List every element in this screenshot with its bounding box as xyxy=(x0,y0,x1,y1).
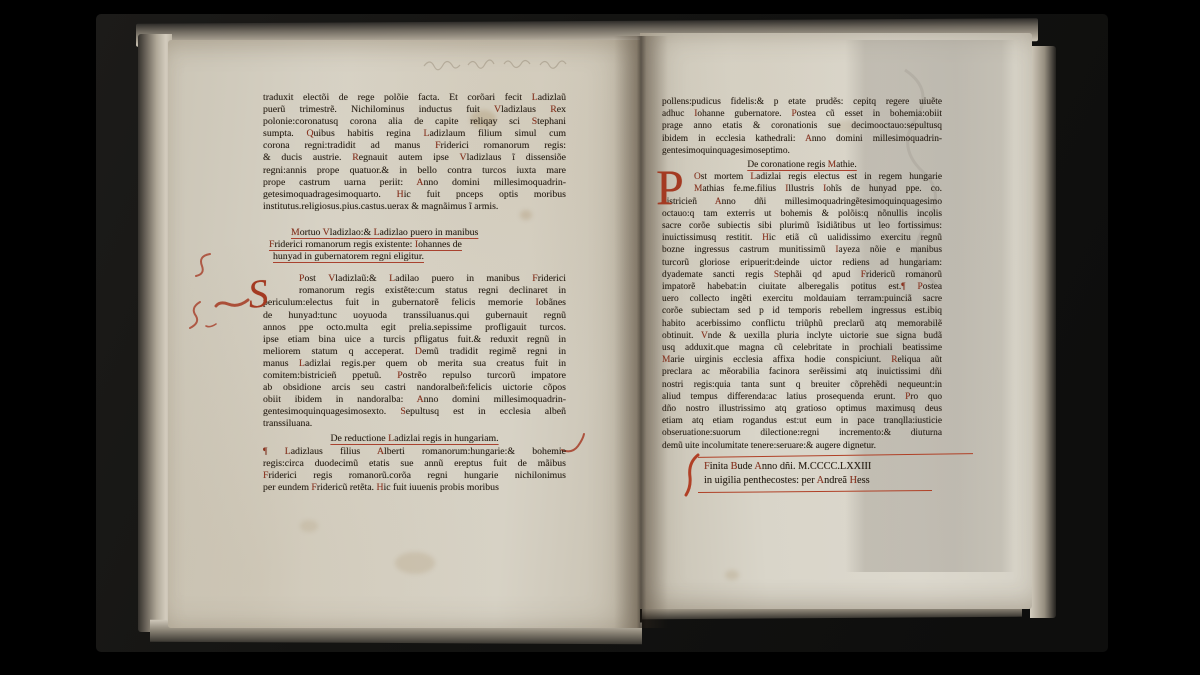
text-line: annos ppe octo.multa egit prelia.sepissi… xyxy=(263,322,566,334)
faint-inscription-handwriting xyxy=(420,50,580,78)
rubricated-letter: R xyxy=(352,152,359,163)
text-line: de hunyad:tunc uoyuoda transsiluanus.qui… xyxy=(263,310,566,322)
colophon: Finita Bude Anno dñi. M.CCCC.LXXIIIin ui… xyxy=(696,457,968,490)
rubricated-letter: A xyxy=(416,177,423,188)
text-line: Marie uirginis ecclesia affixa hodie con… xyxy=(662,354,942,366)
rubricated-letter: V xyxy=(701,331,708,341)
text-line: preclara ac mẽorabilia facinora serẽissi… xyxy=(662,366,942,378)
text-line: Finita Bude Anno dñi. M.CCCC.LXXIII xyxy=(704,460,968,474)
rubricated-letter: H xyxy=(376,482,383,493)
initial-s-flourish xyxy=(214,258,294,324)
text-line: puerũ trimestrẽ. Nichilominus inductus f… xyxy=(263,104,566,116)
text-line: comitem:bistricieñ ppetuũ. Postrẽo repul… xyxy=(263,370,566,382)
text-line: bistricieñ Anno dñi millesimoquadringẽte… xyxy=(662,196,942,208)
text-line: polonie:coronatusq corona alia de capite… xyxy=(263,116,566,128)
text-line: ipse etiam bina uice a turcis pfligatus … xyxy=(263,334,566,346)
text-line: traduxit electõi de rege polõie facta. E… xyxy=(263,92,566,104)
foxing-spot xyxy=(395,552,435,574)
text-line: obtinuit. Vnde & uexilla pluria inclyte … xyxy=(662,330,942,342)
text-line: in uigilia penthecostes: per Andreã Hess xyxy=(704,474,968,488)
rubricated-letter: I xyxy=(694,109,697,119)
rubricated-letter: F xyxy=(704,461,710,472)
left-page-text-column: traduxit electõi de rege polõie facta. E… xyxy=(263,92,566,494)
rubricated-letter: ¶ xyxy=(901,282,905,292)
text-line: nostri regis:quia tanta sunt q breuiter … xyxy=(662,379,942,391)
rubricated-letter: M xyxy=(291,227,300,238)
rubricated-letter: I xyxy=(835,245,838,255)
rubricated-letter: F xyxy=(435,140,440,151)
text-line: romanorum regis existẽte:cum status regn… xyxy=(263,285,566,297)
text-line: prage anno etatis & coronationis sue dec… xyxy=(662,120,942,132)
text-line: institutus.religiosus.pius.castus.uerax … xyxy=(263,201,566,213)
rubricated-letter: A xyxy=(417,394,424,405)
rubricated-letter: H xyxy=(397,189,404,200)
rubricated-letter: Q xyxy=(306,128,313,139)
text-line: manus Ladizlai regis.per quem ob merita … xyxy=(263,358,566,370)
rubricated-letter: D xyxy=(415,346,422,357)
page-block-fore-edge xyxy=(1030,46,1056,618)
text-line: hunyad in gubernatorem regni eligitur. xyxy=(263,251,566,263)
text-line: aliud tempus differenda:ac latius proseq… xyxy=(662,391,942,403)
text-line: inuictissimusq restitit. Hic etiã cũ ual… xyxy=(662,232,942,244)
text-line: etiam atq etiam rogandus est:ut eum in p… xyxy=(662,415,942,427)
text-line: obiit ibidem in nandoralba: Anno domini … xyxy=(263,394,566,406)
text-line: adhuc Iohanne gubernatore. Postea cũ ess… xyxy=(662,108,942,120)
text-line: dyademate sancti regis Stephãi qd apud F… xyxy=(662,269,942,281)
rubricated-letter: R xyxy=(891,355,897,365)
text-line: corõe subiectam sed p id temporis rebell… xyxy=(662,305,942,317)
rubricated-letter: M xyxy=(828,160,836,170)
rubricated-letter: M xyxy=(662,355,670,365)
photograph-black-backdrop: { "colors":{ "background":"#000000", "co… xyxy=(0,0,1200,675)
text-line: usq adduxit.que magna cũ celebritate in … xyxy=(662,342,942,354)
rubricated-letter: S xyxy=(532,116,537,127)
rubricated-letter: S xyxy=(400,406,405,417)
rubricated-letter: I xyxy=(823,184,826,194)
text-line: prope castrum uarna periit: Anno domini … xyxy=(263,177,566,189)
text-line: transsiluana. xyxy=(263,418,566,430)
rubricated-initial-S: S xyxy=(214,258,294,324)
text-line: De coronatione regis Mathie. xyxy=(662,159,942,171)
rubricated-letter: ¶ xyxy=(263,446,267,457)
text-line: De reductione Ladizlai regis in hungaria… xyxy=(263,433,566,445)
binding-gutter-shadow xyxy=(614,36,668,628)
rubricated-letter: L xyxy=(388,433,394,444)
rubricated-letter: A xyxy=(805,134,812,144)
text-line: sumpta. Quibus habitis regina Ladizlaum … xyxy=(263,128,566,140)
rubricated-letter: F xyxy=(532,273,537,284)
text-line: Friderici romanorum regis existente: Ioh… xyxy=(263,239,566,251)
rubricated-letter: I xyxy=(415,239,418,250)
rubricated-letter: A xyxy=(377,446,384,457)
rubricated-letter: B xyxy=(731,461,738,472)
rubricated-letter: L xyxy=(532,92,538,103)
text-line: periculum:electus fuit in gubernatorẽ fe… xyxy=(263,297,566,309)
rubricated-letter: P xyxy=(397,370,402,381)
text-line: ab obsidione arcis seu castri nandoralbe… xyxy=(263,382,566,394)
rubricated-letter: F xyxy=(861,270,866,280)
rubricated-letter: S xyxy=(774,270,779,280)
colophon-red-swash xyxy=(684,453,702,497)
rubricated-letter: P xyxy=(905,392,910,402)
text-line: bozne ingressus castrum munitissimũ Iaye… xyxy=(662,244,942,256)
text-line: regni:annis prope quatuor.& in bello con… xyxy=(263,165,566,177)
foxing-spot xyxy=(725,570,739,580)
rubricated-letter: F xyxy=(263,470,268,481)
text-line: Ost mortem Ladizlai regis electus est in… xyxy=(662,171,942,183)
text-line: pollens:pudicus fidelis:& p etate prudẽs… xyxy=(662,96,942,108)
rubricated-letter: L xyxy=(299,358,305,369)
rubricated-letter: R xyxy=(550,104,557,115)
rubricated-letter: O xyxy=(694,172,701,182)
rubricated-letter: H xyxy=(762,233,769,243)
rubricated-letter: H xyxy=(850,475,857,486)
text-line: turcorũ gloriose eripuerit:deinde uictor… xyxy=(662,257,942,269)
text-line: per eundem Fridericũ retẽta. Hic fuit iu… xyxy=(263,482,566,494)
text-line: & ducis austrie. Regnauit autem ipse Vla… xyxy=(263,152,566,164)
text-line: regis:circa duodecimũ etatis sue annũ er… xyxy=(263,458,566,470)
rubricated-letter: L xyxy=(423,128,429,139)
text-line: Mathias fe.me.filius Illustris Iohĩs de … xyxy=(662,183,942,195)
text-line: corona regni:tradidit ad manus Friderici… xyxy=(263,140,566,152)
rubricated-letter: I xyxy=(536,297,539,308)
rubricated-letter: P xyxy=(299,273,304,284)
text-line: sacre corõe subiectis sibi plurimũ ĩsidi… xyxy=(662,220,942,232)
rubricated-letter: F xyxy=(311,482,316,493)
rubricated-letter: A xyxy=(817,475,824,486)
rubricated-letter: A xyxy=(754,461,761,472)
text-line: impatorẽ habebat:in ciuitate alberegalis… xyxy=(662,281,942,293)
text-line: gentesimoquinquagesimoseptimo. xyxy=(662,145,942,157)
rubricated-letter: L xyxy=(389,273,395,284)
text-line: ibidem in ecclesia kathedrali: Anno domi… xyxy=(662,133,942,145)
text-line: meliorem statum q acceperat. Demũ tradid… xyxy=(263,346,566,358)
text-line: uero collecto ingẽti exercitu moldauiam … xyxy=(662,293,942,305)
rubricated-letter: L xyxy=(750,172,756,182)
text-line: Friderici regis romanorũ.corõa regni hun… xyxy=(263,470,566,482)
rubricated-letter: V xyxy=(328,273,335,284)
foxing-spot xyxy=(300,520,318,532)
rubricated-letter: L xyxy=(374,227,380,238)
text-line: demũ uite incolumitate tenere:seruare:& … xyxy=(662,440,942,452)
rubricated-letter: V xyxy=(323,227,330,238)
text-line: dño nostro illustrissimo atq gratioso op… xyxy=(662,403,942,415)
page-block-left-edge xyxy=(138,34,172,632)
text-line: obseruatione:suorum dilectione:regni inc… xyxy=(662,427,942,439)
rubricated-letter: L xyxy=(285,446,291,457)
rubricated-letter: P xyxy=(791,109,796,119)
text-line: getesimoquadragesimoquarto. Hic fuit pnc… xyxy=(263,189,566,201)
text-line: Mortuo Vladizlao:& Ladizlao puero in man… xyxy=(263,227,566,239)
rubricated-letter: A xyxy=(715,197,722,207)
text-line: octauo:q tam exterris ut bohemis & polõi… xyxy=(662,208,942,220)
rubricated-letter: P xyxy=(918,282,923,292)
rubricated-letter: V xyxy=(494,104,501,115)
rubricated-initial-P: P xyxy=(656,162,684,212)
text-line: Post Vladizlaũ:& Ladilao puero in manibu… xyxy=(263,273,566,285)
text-line: ¶ Ladizlaus filius Alberti romanorum:hun… xyxy=(263,446,566,458)
rubricated-letter: I xyxy=(785,184,788,194)
rubricated-letter: V xyxy=(460,152,467,163)
text-line: habito acerbissimo conflictu triũphũ pre… xyxy=(662,318,942,330)
rubricated-letter: F xyxy=(269,239,274,250)
right-page-text-column: pollens:pudicus fidelis:& p etate prudẽs… xyxy=(662,96,942,452)
rubricated-letter: M xyxy=(694,184,702,194)
text-line: gentesimoquinquagesimosexto. Sepultusq e… xyxy=(263,406,566,418)
